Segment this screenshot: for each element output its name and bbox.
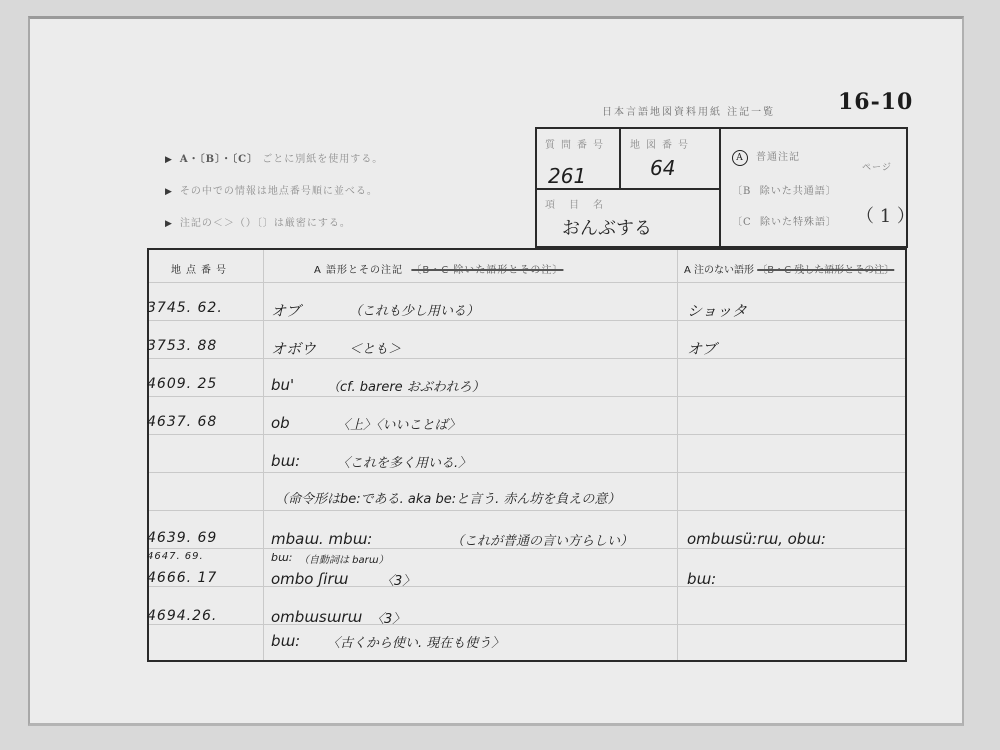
page-value: （ 1 ） <box>856 202 915 228</box>
ruled-line <box>149 434 905 435</box>
ruled-line <box>149 624 905 625</box>
column-divider <box>677 250 678 660</box>
header-location: 地点番号 <box>171 261 231 276</box>
bullet-triangle-icon: ▶ <box>165 219 172 229</box>
word-form: mbaɯ. mbɯ: <box>271 530 372 548</box>
word-form: ob <box>271 414 290 432</box>
location-number: 4647. 69. <box>147 551 204 562</box>
divider <box>719 127 721 248</box>
form-title: 日本言語地図資料用紙 注記一覧 <box>602 103 775 118</box>
note-text: （命令形はbe:である. aka be:と言う. 赤ん坊を負えの意） <box>275 488 620 507</box>
header-no-note-struck: 〔B・C 残した語形とその注〕 <box>757 265 894 276</box>
note-text: （cf. barere おぶわれろ） <box>327 376 485 395</box>
no-note-form: ombɯsüːrɯ, obɯ: <box>687 530 826 548</box>
question-number-label: 質問番号 <box>545 136 609 151</box>
location-number: 4637. 68 <box>147 414 217 430</box>
location-number: 3745. 62. <box>147 300 223 316</box>
divider <box>535 188 721 190</box>
header-forms-struck: 〔B・C 除いた語形とその注〕 <box>411 265 563 276</box>
no-note-form: オブ <box>687 338 717 359</box>
location-number: 4609. 25 <box>147 376 217 392</box>
option-a[interactable]: A普通注記 <box>732 148 800 166</box>
header-no-note: A 注のない語形 〔B・C 残した語形とその注〕 <box>684 261 894 276</box>
sheet-number: 16-10 <box>838 89 913 115</box>
divider <box>619 127 621 189</box>
item-name-value: おんぶする <box>562 214 652 240</box>
location-number: 3753. 88 <box>147 338 217 354</box>
note-text: ＜とも＞ <box>349 338 401 357</box>
no-note-form: bɯ: <box>687 570 716 588</box>
location-number: 4639. 69 <box>147 530 217 546</box>
word-form: bɯ: <box>271 632 300 650</box>
word-form: ombɯsɯrɯ <box>271 608 362 626</box>
word-form: bu' <box>271 376 294 394</box>
item-name-label: 項目名 <box>545 196 617 211</box>
note-text: 〈3〉 <box>381 570 415 589</box>
note-text: （これが普通の言い方らしい） <box>451 530 633 549</box>
note-text: 〈古くから使い. 現在も使う〉 <box>327 632 504 651</box>
notes-table: 地点番号 A 語形とその注記 〔B・C 除いた語形とその注〕 A 注のない語形 … <box>147 248 907 662</box>
location-number: 4694.26. <box>147 608 217 624</box>
note-text: 〈上〉〈いいことば〉 <box>337 414 461 433</box>
word-form: ombo ʃirɯ <box>271 570 348 588</box>
ruled-line <box>149 282 905 283</box>
note-text: 〈これを多く用いる.〉 <box>337 452 471 471</box>
selected-circle-icon: A <box>732 150 748 166</box>
no-note-form: ショッタ <box>687 300 747 321</box>
instruction-3: ▶注記の＜＞（）〔〕は厳密にする。 <box>165 214 351 229</box>
ruled-line <box>149 320 905 321</box>
header-forms: A 語形とその注記 〔B・C 除いた語形とその注〕 <box>314 261 563 276</box>
instruction-1: ▶A・〔B〕・〔C〕 ごとに別紙を使用する。 <box>165 150 383 165</box>
ruled-line <box>149 472 905 473</box>
map-number-label: 地図番号 <box>630 136 694 151</box>
bullet-triangle-icon: ▶ <box>165 187 172 197</box>
page-label: ページ <box>862 160 892 173</box>
word-form: オブ <box>271 300 301 321</box>
map-number-value: 64 <box>650 156 675 180</box>
instruction-2: ▶その中での情報は地点番号順に並べる。 <box>165 182 378 197</box>
bullet-triangle-icon: ▶ <box>165 155 172 165</box>
word-form: オボウ <box>271 338 316 359</box>
option-b[interactable]: 〔B 除いた共通語〕 <box>732 182 837 197</box>
note-text: （これも少し用いる） <box>349 300 479 319</box>
note-text: 〈3〉 <box>371 608 405 627</box>
ruled-line <box>149 358 905 359</box>
ruled-line <box>149 586 905 587</box>
question-number-value: 261 <box>548 164 586 188</box>
note-text: （自動詞は barɯ） <box>299 551 389 566</box>
word-form: bɯ: <box>271 452 300 470</box>
option-c[interactable]: 〔C 除いた特殊語〕 <box>732 213 837 228</box>
ruled-line <box>149 510 905 511</box>
location-number: 4666. 17 <box>147 570 217 586</box>
word-form: bɯ: <box>271 551 292 564</box>
column-divider <box>263 250 264 660</box>
ruled-line <box>149 396 905 397</box>
